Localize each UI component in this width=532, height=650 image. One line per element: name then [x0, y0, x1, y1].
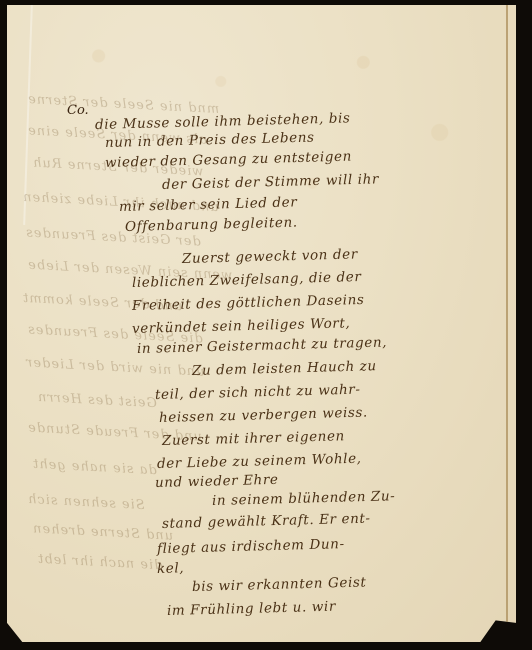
- bleed-through-line: und nie wird der Lieder: [25, 355, 205, 379]
- text-line: mir selber sein Lied der: [119, 194, 298, 215]
- text-line: Freiheit des göttlichen Daseins: [132, 292, 365, 314]
- text-line: bis wir erkannten Geist: [192, 574, 367, 595]
- text-line: in seinem blühenden Zu-: [212, 488, 396, 509]
- margin-note: Co.: [67, 103, 89, 118]
- text-line: stand gewählt Kraft. Er ent-: [162, 511, 371, 532]
- text-line: der Liebe zu seinem Wohle,: [157, 451, 362, 472]
- text-line: verkündet sein heiliges Wort,: [132, 315, 351, 337]
- text-line: wieder den Gesang zu entsteigen: [105, 149, 352, 171]
- text-line: heissen zu verbergen weiss.: [159, 405, 368, 426]
- text-line: teil, der sich nicht zu wahr-: [155, 382, 361, 403]
- bleed-through-line: die nach ihr lebt: [37, 552, 163, 574]
- text-line: und wieder Ehre: [155, 472, 279, 491]
- text-line: Zuerst geweckt von der: [182, 246, 358, 267]
- text-line: Zu dem leisten Hauch zu: [192, 358, 377, 379]
- text-line: im Frühling lebt u. wir: [167, 599, 336, 619]
- text-line: kel,: [157, 560, 185, 577]
- bleed-through-line: da sie nahe geht: [32, 457, 157, 479]
- text-line: fliegt aus irdischem Dun-: [157, 536, 345, 557]
- letter-page: mnd nie Seele der Sterne als wenn der Se…: [7, 5, 516, 642]
- text-line: Offenbarung begleiten.: [125, 214, 298, 235]
- bleed-through-line: mnd nie Seele der Sterne: [27, 92, 220, 117]
- text-line: Zuerst mit ihrer eigenen: [162, 428, 345, 449]
- bleed-through-line: und Sterne drehen: [32, 521, 174, 543]
- bleed-through-line: Geist des Herrn: [37, 390, 158, 411]
- bleed-through-line: Sie sehnen sich: [27, 492, 145, 513]
- paper-edge: [506, 5, 508, 642]
